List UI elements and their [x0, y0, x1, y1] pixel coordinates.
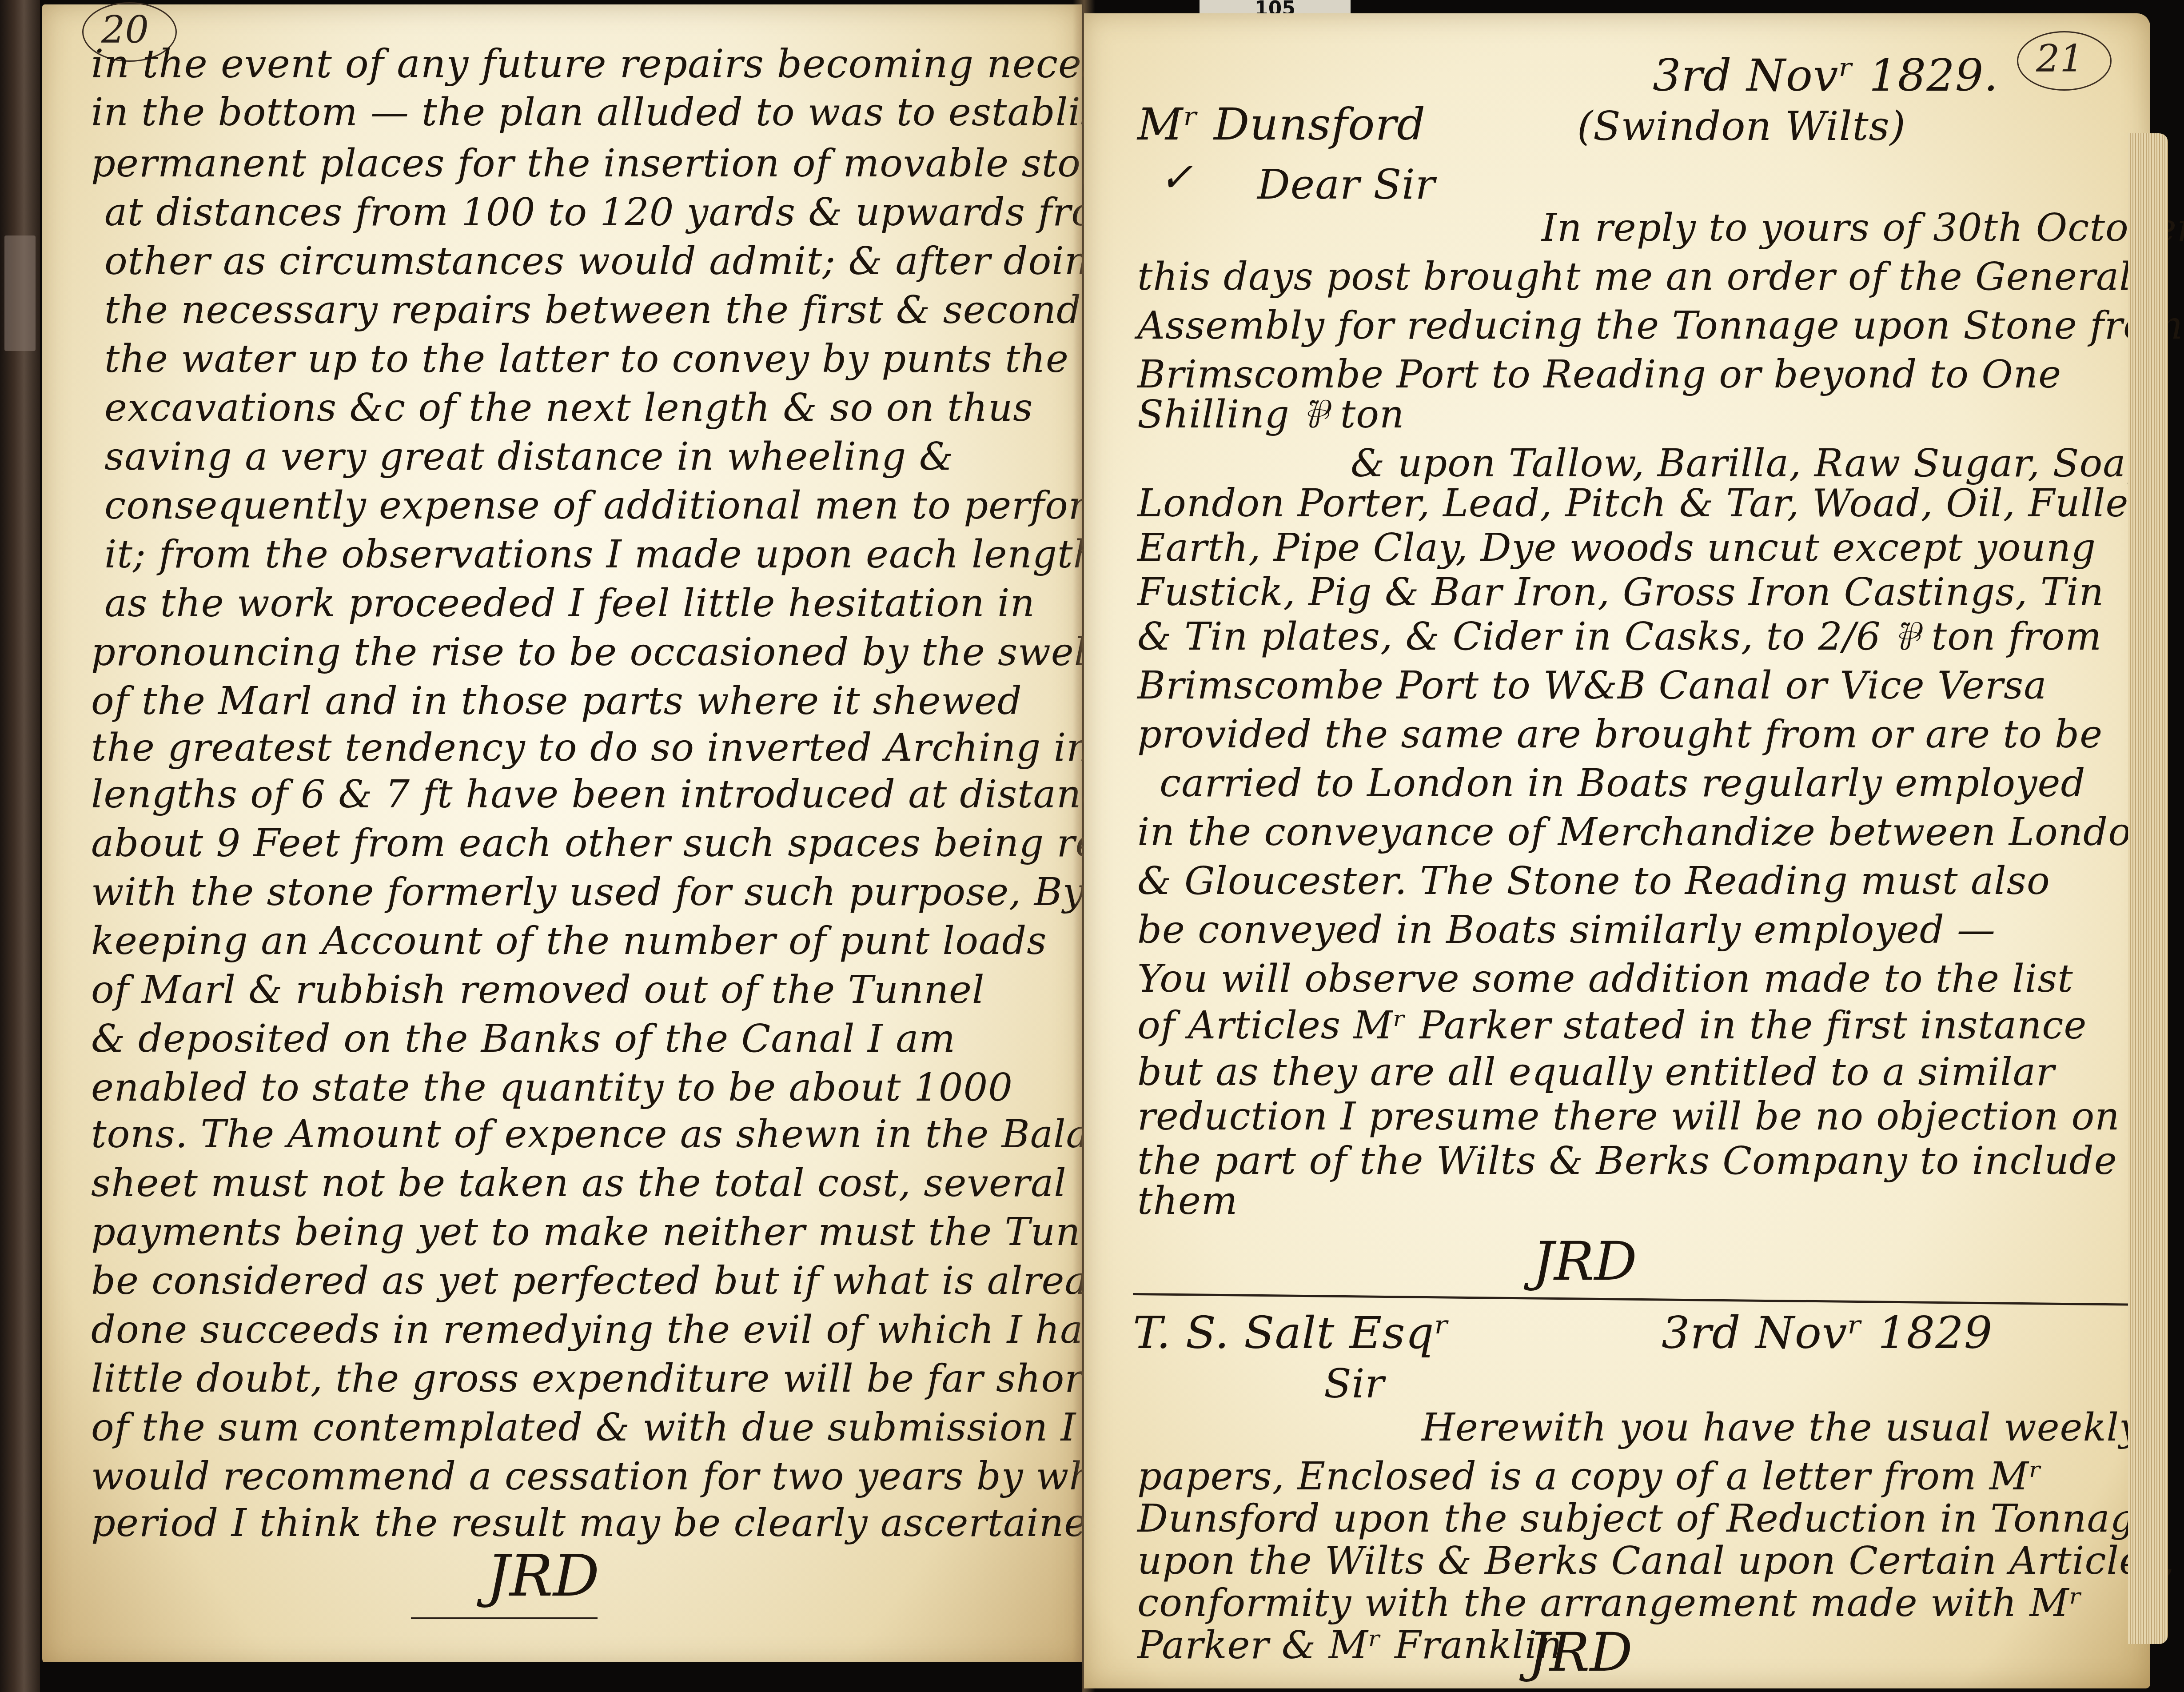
- letter-book-spread: 105 20 in the event of any future repair…: [0, 0, 2184, 1692]
- manuscript-line: saving a very great distance in wheeling…: [104, 438, 953, 476]
- letter-line: of Articles Mʳ Parker stated in the firs…: [1137, 1006, 2087, 1045]
- letter-recipient: Mʳ Dunsford: [1137, 102, 1426, 147]
- letter-line: Herewith you have the usual weekly: [1422, 1409, 2141, 1447]
- letter-line: Fustick, Pig & Bar Iron, Gross Iron Cast…: [1137, 573, 2104, 611]
- letter-salutation: Dear Sir: [1257, 164, 1435, 205]
- letter-line: in the conveyance of Merchandize between…: [1137, 813, 2156, 851]
- manuscript-line: in the event of any future repairs becom…: [91, 44, 1188, 84]
- manuscript-line: with the stone formerly used for such pu…: [91, 873, 1085, 911]
- manuscript-line: it; from the observations I made upon ea…: [104, 535, 1098, 574]
- letter-line: conformity with the arrangement made wit…: [1137, 1584, 2083, 1622]
- left-page: 20 in the event of any future repairs be…: [42, 4, 1082, 1666]
- manuscript-line: the greatest tendency to do so inverted …: [91, 729, 1092, 767]
- manuscript-line: consequently expense of additional men t…: [104, 487, 1124, 525]
- manuscript-line: period I think the result may be clearly…: [91, 1504, 1112, 1542]
- letter-line: Brimscombe Port to W&B Canal or Vice Ver…: [1137, 666, 2047, 705]
- manuscript-line: of Marl & rubbish removed out of the Tun…: [91, 971, 984, 1009]
- manuscript-line: keeping an Account of the number of punt…: [91, 922, 1047, 960]
- letter-line: Brimscombe Port to Reading or beyond to …: [1137, 355, 2061, 394]
- letter-line: Parker & Mʳ Franklin: [1137, 1626, 1562, 1664]
- recipient-location: (Swindon Wilts): [1577, 107, 1906, 147]
- manuscript-line: payments being yet to make neither must …: [91, 1213, 1141, 1251]
- letter-line: You will observe some addition made to t…: [1137, 960, 2073, 998]
- binding-wear: [4, 235, 36, 351]
- right-page: 21 3rd Novʳ 1829. Mʳ Dunsford (Swindon W…: [1084, 13, 2150, 1688]
- letter-line: be conveyed in Boats similarly employed …: [1137, 911, 1996, 949]
- manuscript-line: excavations &c of the next length & so o…: [104, 389, 1033, 427]
- signature-initials: JRD: [1533, 1231, 1637, 1293]
- manuscript-line: as the work proceeded I feel little hesi…: [104, 584, 1035, 623]
- letter-date: 3rd Novʳ 1829.: [1653, 53, 1998, 98]
- letter-line: & upon Tallow, Barilla, Raw Sugar, Soap,: [1351, 444, 2164, 483]
- letter-line: them: [1137, 1182, 1238, 1220]
- manuscript-line: pronouncing the rise to be occasioned by…: [91, 633, 1162, 671]
- letter-line: Dunsford upon the subject of Reduction i…: [1137, 1500, 2158, 1538]
- background-edge: [42, 1662, 1082, 1692]
- page-edges: [2128, 133, 2168, 1644]
- manuscript-line: tons. The Amount of expence as shewn in …: [91, 1115, 1159, 1153]
- letter-line: this days post brought me an order of th…: [1137, 258, 2132, 296]
- letter-salutation: Sir: [1324, 1364, 1384, 1404]
- manuscript-line: sheet must not be taken as the total cos…: [91, 1164, 1067, 1202]
- manuscript-line: the necessary repairs between the first …: [104, 291, 1197, 329]
- letter-line: but as they are all equally entitled to …: [1137, 1053, 2055, 1091]
- letter-divider: [1133, 1293, 2137, 1306]
- manuscript-line: of the sum contemplated & with due submi…: [91, 1409, 1076, 1447]
- letter-line: In reply to yours of 30th October: [1542, 209, 2184, 247]
- manuscript-line: would recommend a cessation for two year…: [91, 1457, 1154, 1496]
- manuscript-line: lengths of 6 & 7 ft have been introduced…: [91, 775, 1197, 814]
- manuscript-line: other as circumstances would admit; & af…: [104, 242, 1114, 280]
- letter-line: provided the same are brought from or ar…: [1137, 715, 2103, 754]
- manuscript-line: be considered as yet perfected but if wh…: [91, 1262, 1135, 1300]
- letter-line: Shilling ⅌ ton: [1137, 395, 1405, 434]
- letter-line: carried to London in Boats regularly emp…: [1160, 764, 2086, 802]
- signature-flourish: [411, 1617, 598, 1619]
- signature-initials: JRD: [1528, 1622, 1633, 1684]
- book-binding: [0, 0, 40, 1692]
- manuscript-line: enabled to state the quantity to be abou…: [91, 1069, 1013, 1107]
- letter-line: papers, Enclosed is a copy of a letter f…: [1137, 1457, 2043, 1496]
- manuscript-line: little doubt, the gross expenditure will…: [91, 1360, 1099, 1398]
- manuscript-line: in the bottom — the plan alluded to was …: [91, 93, 1126, 132]
- letter-line: upon the Wilts & Berks Canal upon Certai…: [1137, 1542, 2184, 1580]
- manuscript-line: & deposited on the Banks of the Canal I …: [91, 1020, 956, 1058]
- manuscript-line: the water up to the latter to convey by …: [104, 340, 1069, 378]
- letter-line: the part of the Wilts & Berks Company to…: [1137, 1142, 2117, 1180]
- manuscript-line: done succeeds in remedying the evil of w…: [91, 1311, 1128, 1349]
- letter-line: Assembly for reducing the Tonnage upon S…: [1137, 307, 2183, 345]
- letter-line: & Gloucester. The Stone to Reading must …: [1137, 862, 2050, 900]
- letter-date: 3rd Novʳ 1829: [1662, 1311, 1993, 1355]
- signature-initials: JRD: [486, 1542, 599, 1609]
- manuscript-line: of the Marl and in those parts where it …: [91, 682, 1022, 720]
- letter-line: Earth, Pipe Clay, Dye woods uncut except…: [1137, 529, 2096, 567]
- manuscript-line: at distances from 100 to 120 yards & upw…: [104, 193, 1237, 231]
- check-mark-icon: ✓: [1160, 158, 1193, 198]
- letter-line: reduction I presume there will be no obj…: [1137, 1097, 2120, 1136]
- page-number-right: 21: [2017, 31, 2112, 91]
- letter-recipient: T. S. Salt Esqʳ: [1133, 1311, 1450, 1355]
- letter-line: & Tin plates, & Cider in Casks, to 2/6 ⅌…: [1137, 618, 2102, 656]
- letter-line: London Porter, Lead, Pitch & Tar, Woad, …: [1137, 484, 2168, 523]
